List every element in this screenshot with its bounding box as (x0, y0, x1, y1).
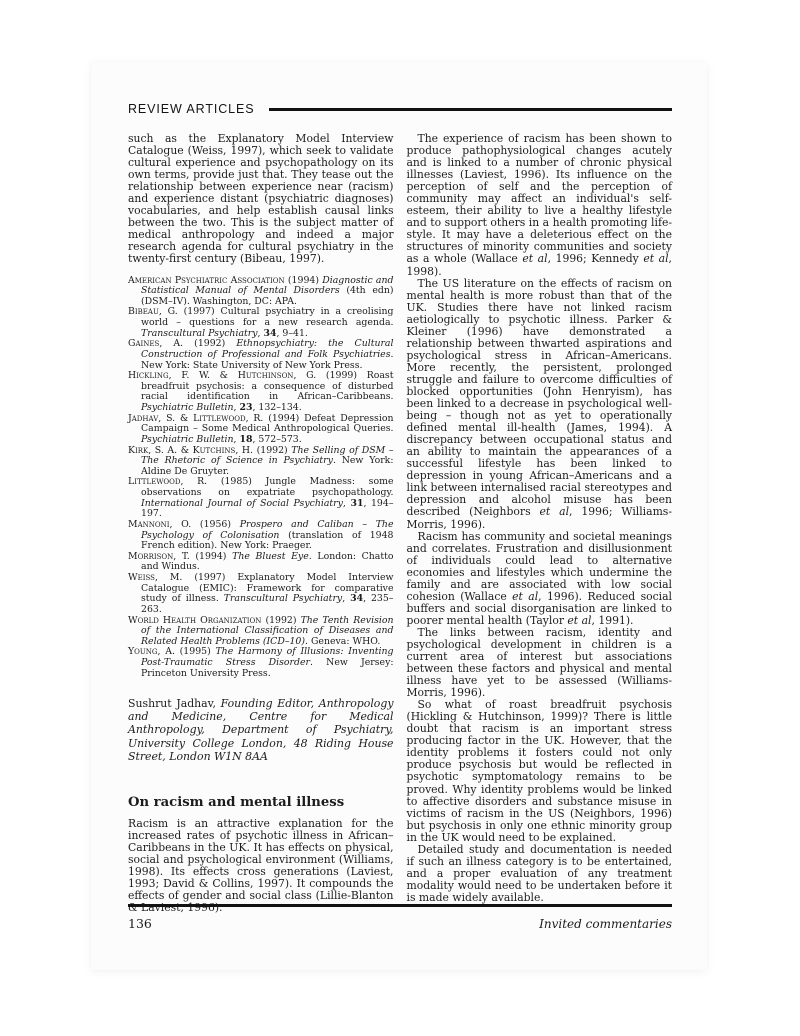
left-column: such as the Explanatory Model Interview … (128, 133, 394, 914)
body-paragraph: The links between racism, identity and p… (407, 627, 673, 699)
reference-item: Hickling, F. W. & Hutchinson, G. (1999) … (128, 371, 394, 414)
page-content: REVIEW ARTICLES such as the Explanatory … (128, 102, 672, 914)
journal-page: REVIEW ARTICLES such as the Explanatory … (91, 62, 707, 970)
body-paragraph: So what of roast breadfruit psychosis (H… (407, 699, 673, 844)
reference-item: Bibeau, G. (1997) Cultural psychiatry in… (128, 307, 394, 339)
reference-item: American Psychiatric Association (1994) … (128, 276, 394, 308)
reference-item: Morrison, T. (1994) The Bluest Eye. Lond… (128, 552, 394, 573)
body-paragraph: The US literature on the effects of raci… (407, 278, 673, 531)
intro-paragraph: such as the Explanatory Model Interview … (128, 133, 394, 266)
reference-item: Mannoni, O. (1956) Prospero and Caliban … (128, 520, 394, 552)
reference-item: Gaines, A. (1992) Ethnopsychiatry: the C… (128, 339, 394, 371)
page-footer: 136 Invited commentaries (128, 916, 672, 931)
header-rule (269, 108, 673, 111)
running-head: REVIEW ARTICLES (128, 102, 672, 116)
body-paragraph: The experience of racism has been shown … (407, 133, 673, 278)
page-number: 136 (128, 916, 152, 931)
right-column: The experience of racism has been shown … (407, 133, 673, 914)
author-address-block: Sushrut Jadhav, Founding Editor, Anthrop… (128, 697, 394, 762)
reference-list: American Psychiatric Association (1994) … (128, 276, 394, 680)
reference-item: Kirk, S. A. & Kutchins, H. (1992) The Se… (128, 446, 394, 478)
body-paragraph: Detailed study and documentation is need… (407, 844, 673, 904)
reference-item: Young, A. (1995) The Harmony of Illusion… (128, 647, 394, 679)
section-paragraph: Racism is an attractive explanation for … (128, 818, 394, 914)
section-heading: On racism and mental illness (128, 795, 394, 810)
running-head-title: REVIEW ARTICLES (128, 102, 255, 116)
reference-item: Littlewood, R. (1985) Jungle Madness: so… (128, 477, 394, 520)
reference-item: Jadhav, S. & Littlewood, R. (1994) Defea… (128, 414, 394, 446)
reference-item: World Health Organization (1992) The Ten… (128, 616, 394, 648)
footer-section-label: Invited commentaries (539, 917, 672, 931)
footer-rule (128, 904, 672, 907)
reference-item: Weiss, M. (1997) Explanatory Model Inter… (128, 573, 394, 616)
two-column-body: such as the Explanatory Model Interview … (128, 133, 672, 914)
body-paragraph: Racism has community and societal meanin… (407, 531, 673, 627)
